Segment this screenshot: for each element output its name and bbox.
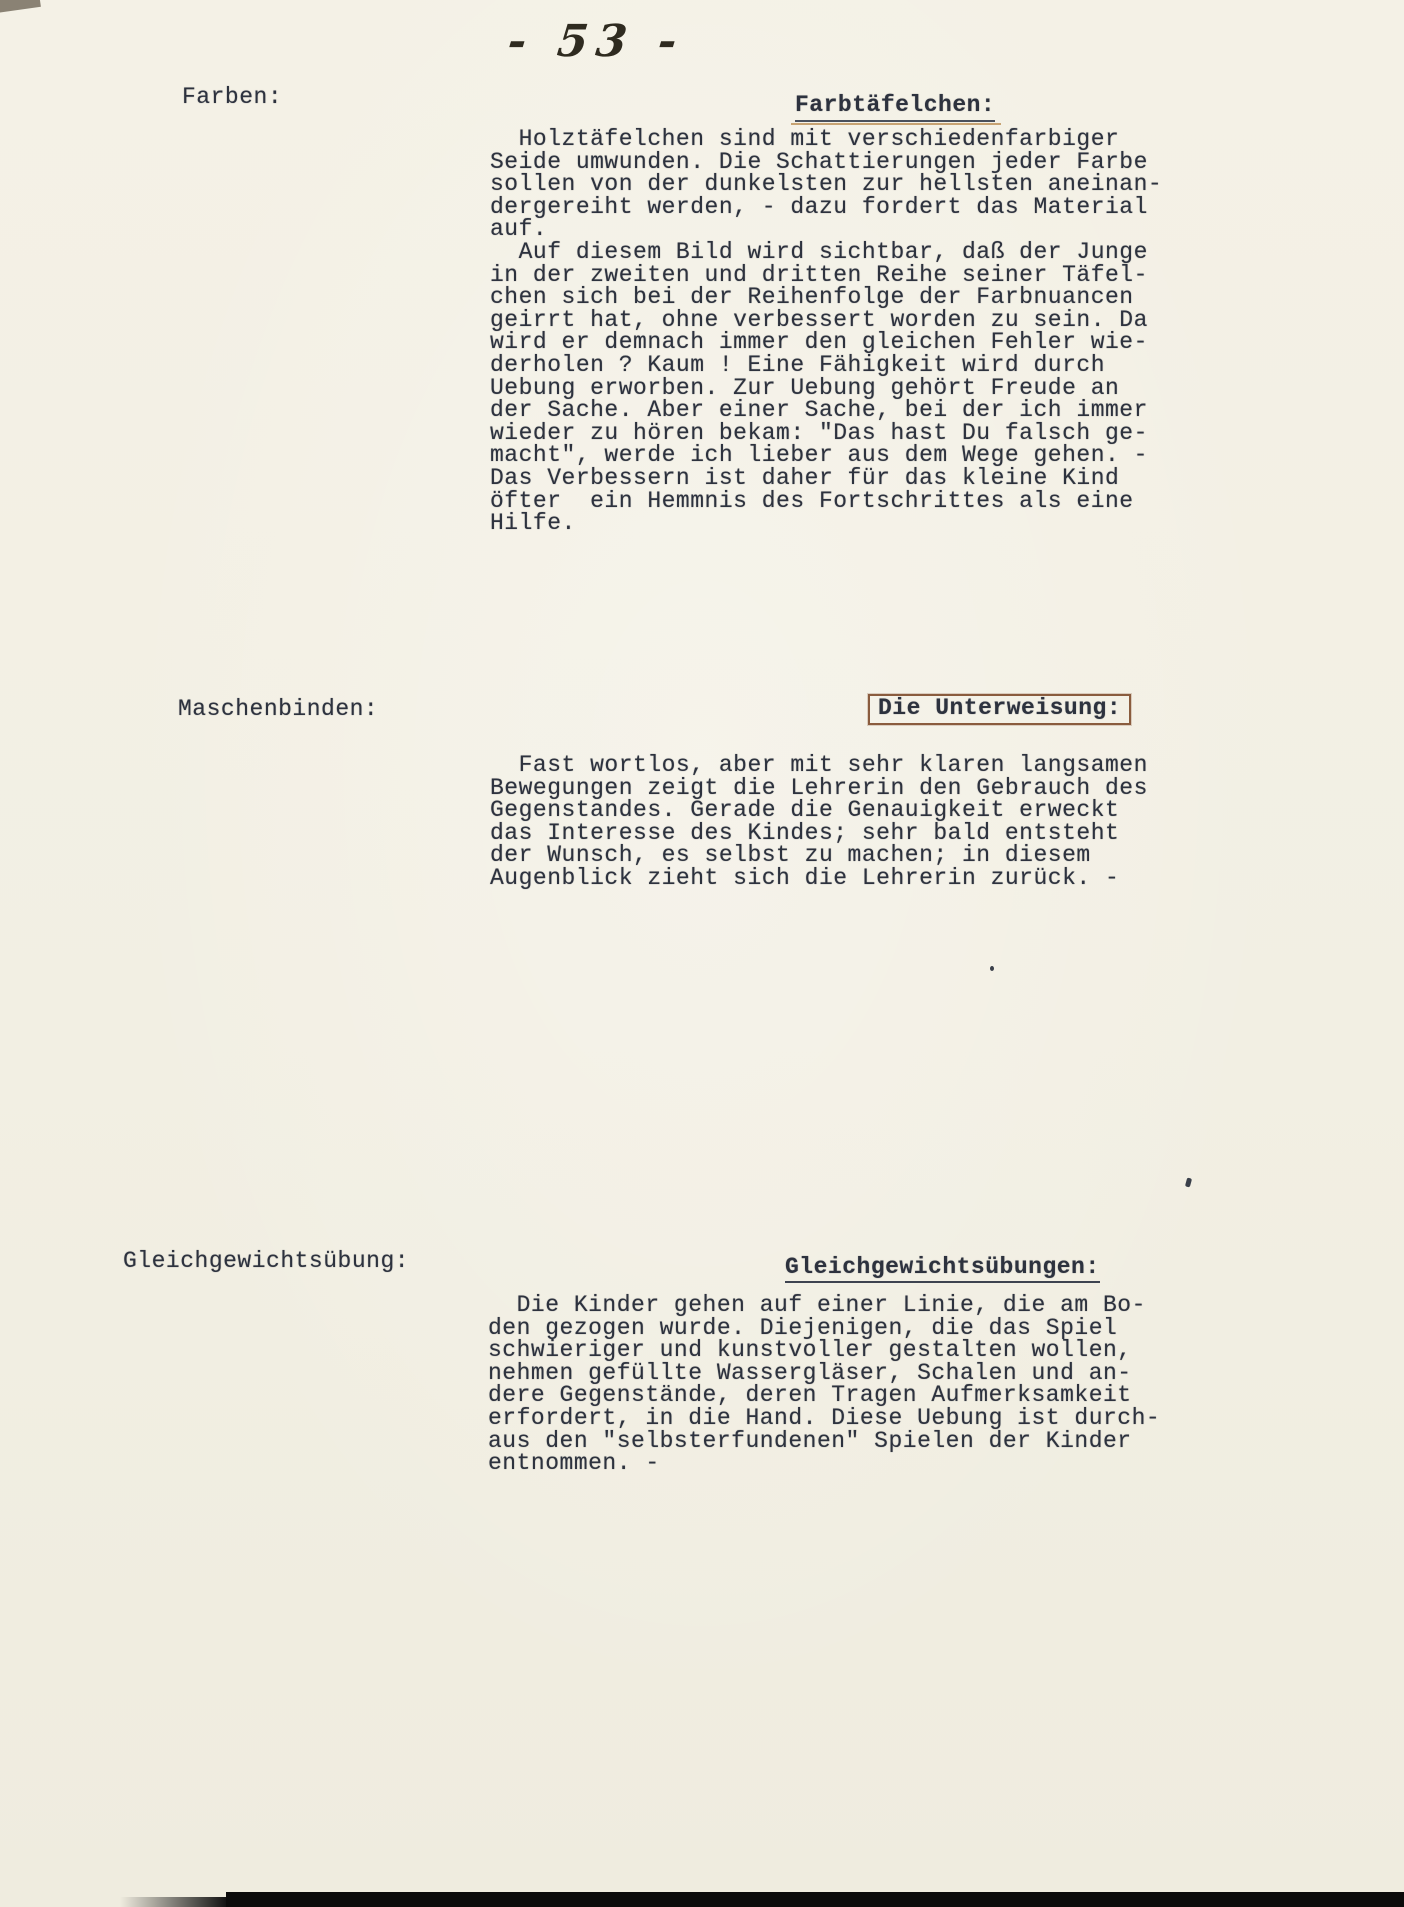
paragraph-gleichgewichtsuebungen: Die Kinder gehen auf einer Linie, die am… — [488, 1294, 1160, 1475]
section-label-maschenbinden: Maschenbinden: — [178, 698, 378, 721]
section-heading-unterweisung: Die Unterweisung: — [868, 694, 1131, 725]
paragraph-unterweisung: Fast wortlos, aber mit sehr klaren langs… — [490, 754, 1148, 890]
paragraph-farbtaefelchen: Holztäfelchen sind mit verschiedenfarbig… — [490, 128, 1162, 535]
section-label-gleichgewichtsuebung: Gleichgewichtsübung: — [123, 1250, 409, 1273]
section-heading-gleichgewichtsuebungen: Gleichgewichtsübungen: — [785, 1256, 1100, 1283]
scan-bottom-edge-fade — [120, 1897, 230, 1907]
ink-speck — [1185, 1178, 1192, 1188]
page-number: - 53 - — [505, 16, 687, 67]
scanned-document-page: - 53 - Farben: Farbtäfelchen: Holztäfelc… — [0, 0, 1404, 1907]
scan-bottom-edge — [226, 1892, 1404, 1907]
ink-speck — [990, 966, 994, 971]
section-label-farben: Farben: — [182, 86, 282, 109]
section-heading-farbtaefelchen: Farbtäfelchen: — [795, 94, 995, 122]
scan-corner-artifact — [0, 0, 41, 13]
